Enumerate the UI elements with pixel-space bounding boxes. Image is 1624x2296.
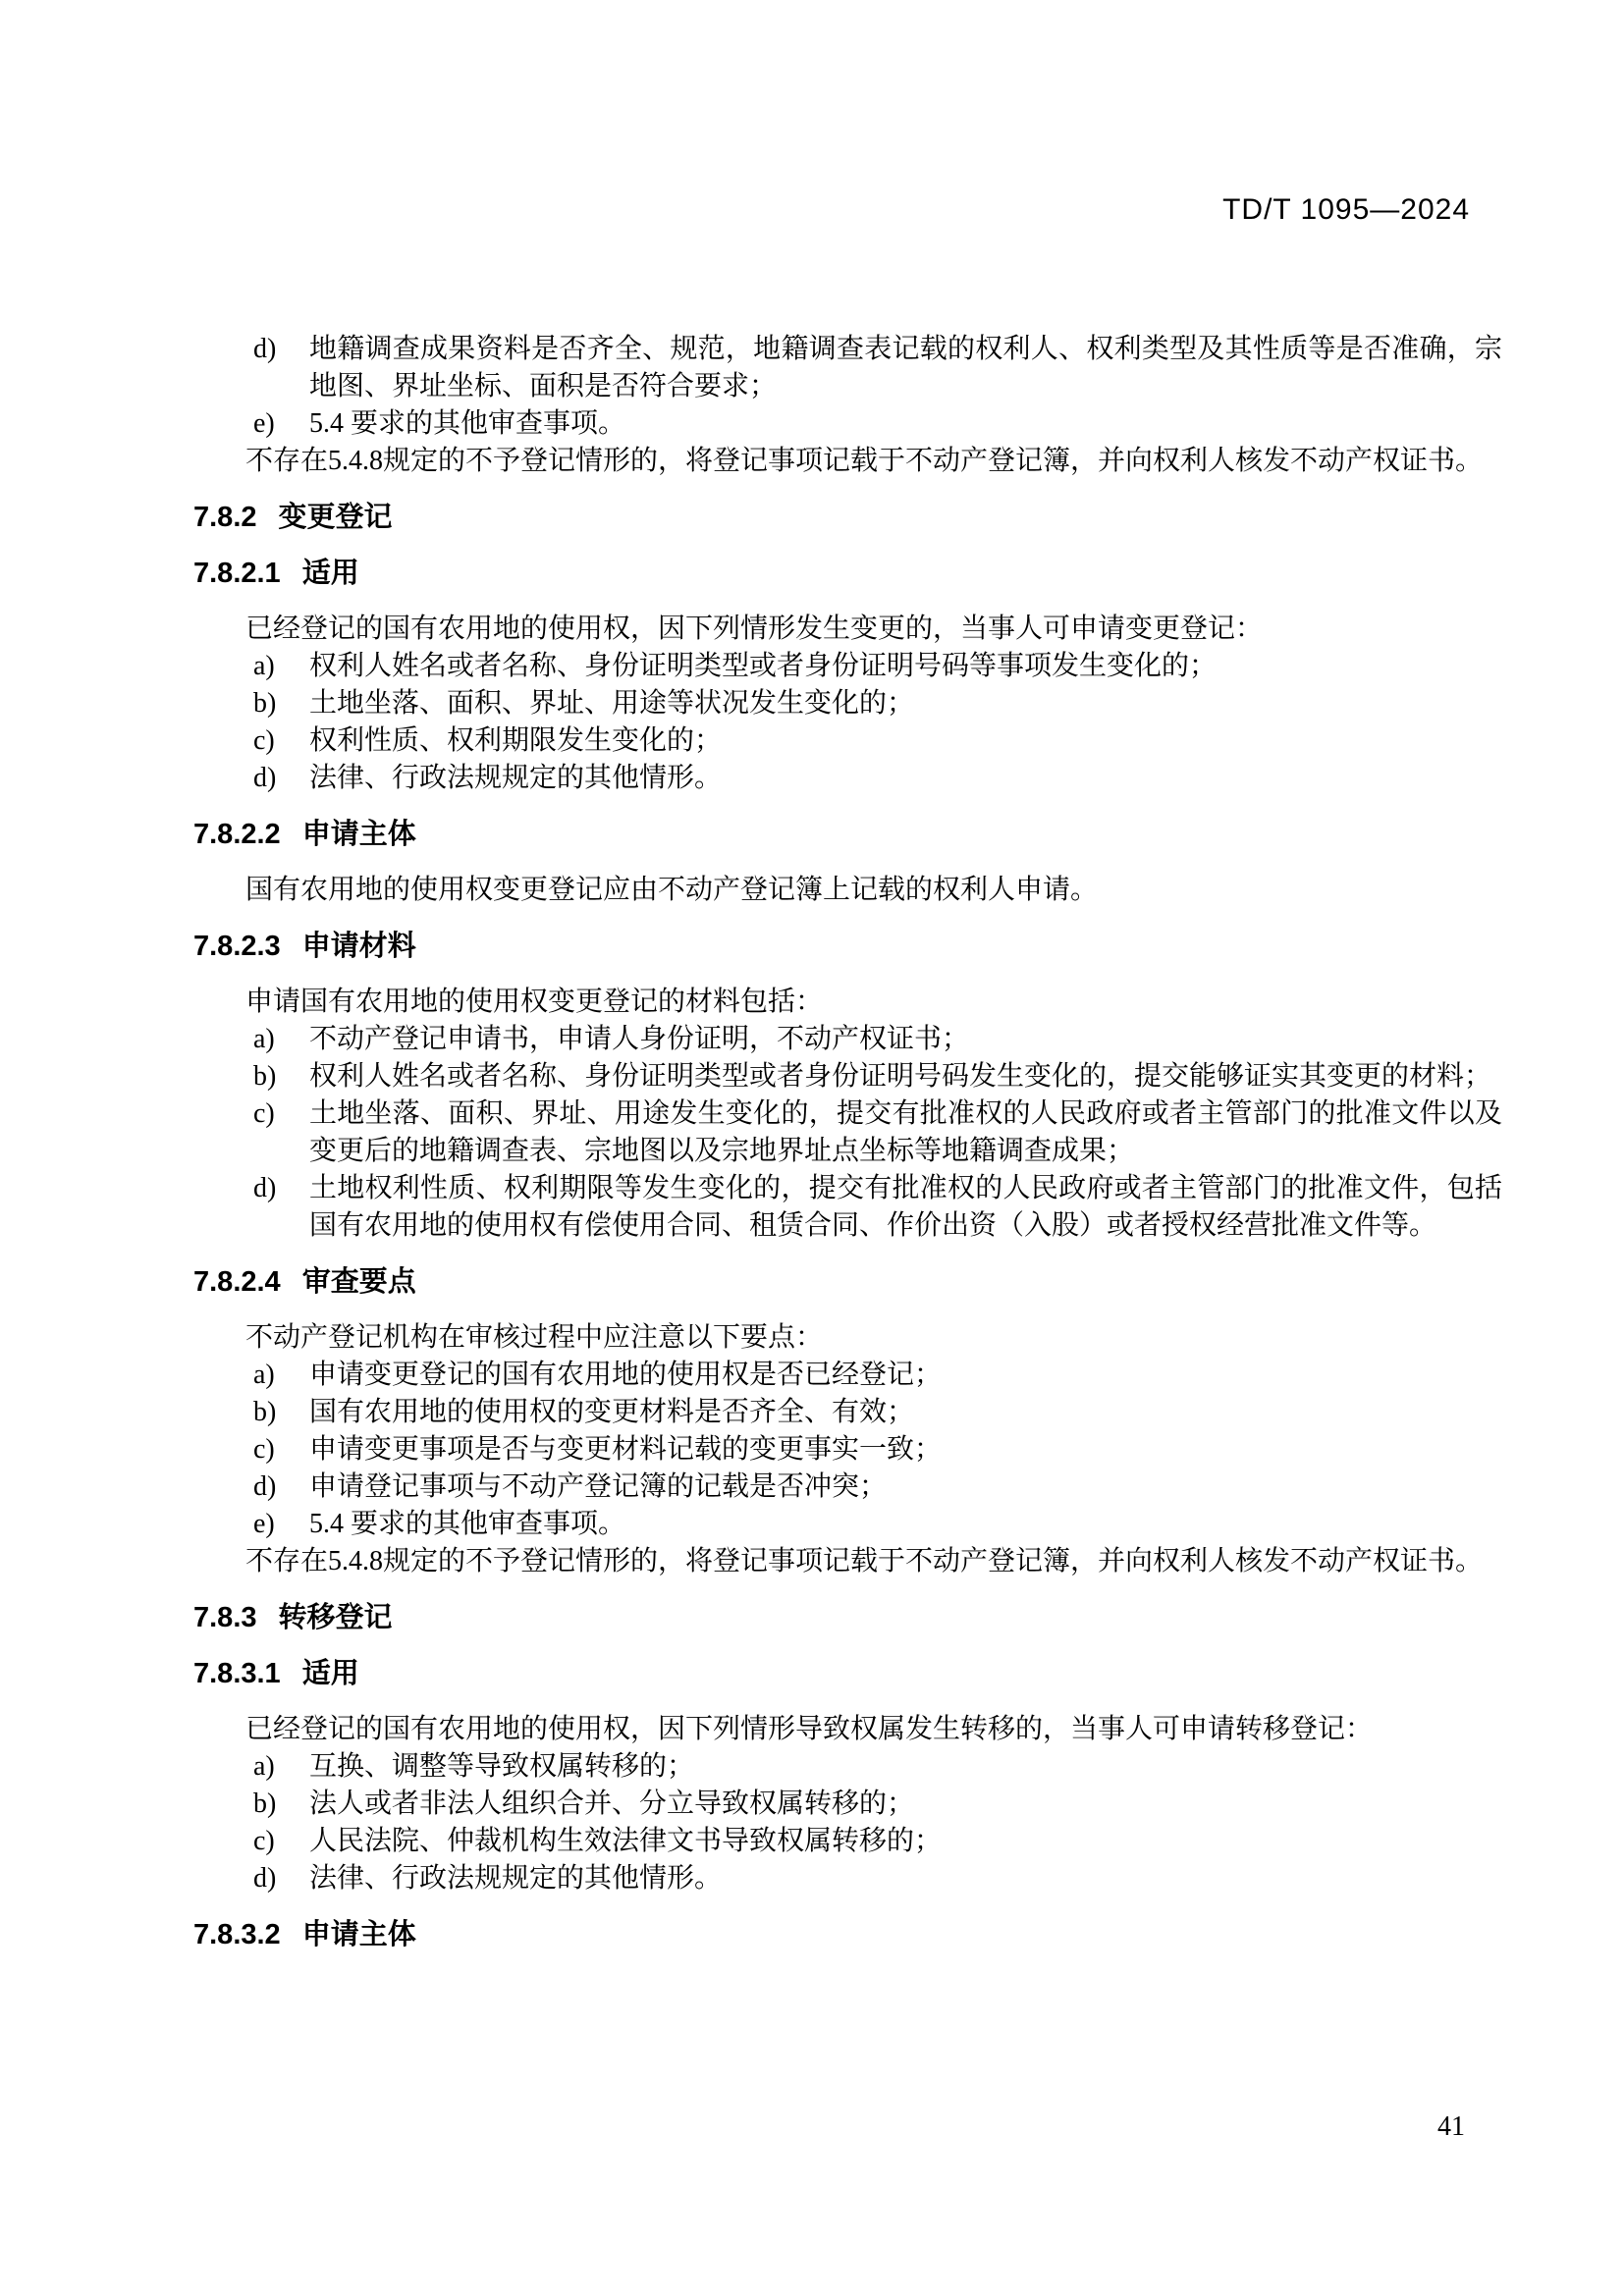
- list-item-text: 申请变更事项是否与变更材料记载的变更事实一致；: [309, 1434, 942, 1465]
- list-item-text: 土地权利性质、权利期限等发生变化的，提交有批准权的人民政府或者主管部门的批准文件…: [309, 1173, 1502, 1241]
- document-content: d)地籍调查成果资料是否齐全、规范，地籍调查表记载的权利人、权利类型及其性质等是…: [193, 331, 1502, 1972]
- list-item: c)申请变更事项是否与变更材料记载的变更事实一致；: [193, 1431, 1502, 1468]
- list-item: a)互换、调整等导致权属转移的；: [193, 1748, 1502, 1786]
- section-heading-7.8.3.2: 7.8.3.2申请主体: [193, 1916, 1502, 1953]
- heading-number: 7.8.3: [193, 1599, 257, 1636]
- standard-number-header: TD/T 1095—2024: [1222, 194, 1470, 226]
- heading-number: 7.8.2.1: [193, 555, 281, 592]
- list-item-text: 法律、行政法规规定的其他情形。: [309, 763, 722, 793]
- section-heading-7.8.2.1: 7.8.2.1适用: [193, 555, 1502, 592]
- list-item-marker: d): [253, 1468, 276, 1506]
- heading-number: 7.8.2.4: [193, 1263, 281, 1301]
- heading-title: 申请主体: [302, 1916, 416, 1953]
- list-item-marker: c): [253, 722, 275, 760]
- heading-number: 7.8.2: [193, 499, 257, 536]
- section-heading-7.8.2.4: 7.8.2.4审查要点: [193, 1263, 1502, 1301]
- list-item-marker: d): [253, 1170, 276, 1207]
- list-item-text: 权利人姓名或者名称、身份证明类型或者身份证明号码发生变化的，提交能够证实其变更的…: [309, 1061, 1491, 1092]
- list-item: d)法律、行政法规规定的其他情形。: [193, 1860, 1502, 1897]
- list-item-text: 5.4 要求的其他审查事项。: [309, 408, 625, 439]
- list-item: a)申请变更登记的国有农用地的使用权是否已经登记；: [193, 1357, 1502, 1394]
- list-item: e)5.4 要求的其他审查事项。: [193, 1506, 1502, 1543]
- list-item: b)法人或者非法人组织合并、分立导致权属转移的；: [193, 1786, 1502, 1823]
- heading-title: 审查要点: [302, 1263, 416, 1301]
- list-item-text: 土地坐落、面积、界址、用途等状况发生变化的；: [309, 688, 914, 719]
- list-item-marker: b): [253, 1394, 276, 1431]
- heading-number: 7.8.2.2: [193, 816, 281, 853]
- lettered-list: a)申请变更登记的国有农用地的使用权是否已经登记；b)国有农用地的使用权的变更材…: [193, 1357, 1502, 1543]
- list-item-text: 法律、行政法规规定的其他情形。: [309, 1863, 722, 1894]
- list-item-marker: e): [253, 405, 275, 443]
- list-item-marker: d): [253, 331, 276, 368]
- paragraph: 不动产登记机构在审核过程中应注意以下要点：: [193, 1319, 1502, 1357]
- paragraph: 不存在5.4.8规定的不予登记情形的，将登记事项记载于不动产登记簿，并向权利人核…: [193, 443, 1502, 480]
- list-item-marker: c): [253, 1431, 275, 1468]
- paragraph: 已经登记的国有农用地的使用权，因下列情形发生变更的，当事人可申请变更登记：: [193, 611, 1502, 648]
- heading-title: 变更登记: [279, 499, 393, 536]
- list-item: d)土地权利性质、权利期限等发生变化的，提交有批准权的人民政府或者主管部门的批准…: [193, 1170, 1502, 1245]
- list-item: c)人民法院、仲裁机构生效法律文书导致权属转移的；: [193, 1823, 1502, 1860]
- list-item-text: 不动产登记申请书，申请人身份证明，不动产权证书；: [309, 1024, 969, 1054]
- list-item: d)申请登记事项与不动产登记簿的记载是否冲突；: [193, 1468, 1502, 1506]
- list-item-text: 申请登记事项与不动产登记簿的记载是否冲突；: [309, 1471, 887, 1502]
- list-item-text: 国有农用地的使用权的变更材料是否齐全、有效；: [309, 1397, 914, 1427]
- list-item: d)地籍调查成果资料是否齐全、规范，地籍调查表记载的权利人、权利类型及其性质等是…: [193, 331, 1502, 405]
- heading-title: 转移登记: [279, 1599, 393, 1636]
- list-item-marker: a): [253, 1748, 275, 1786]
- section-heading-7.8.2.3: 7.8.2.3申请材料: [193, 928, 1502, 965]
- section-heading-7.8.2: 7.8.2变更登记: [193, 499, 1502, 536]
- heading-title: 申请主体: [302, 816, 416, 853]
- list-item-marker: b): [253, 1058, 276, 1095]
- paragraph: 国有农用地的使用权变更登记应由不动产登记簿上记载的权利人申请。: [193, 872, 1502, 909]
- list-item: c)权利性质、权利期限发生变化的；: [193, 722, 1502, 760]
- list-item-marker: a): [253, 1021, 275, 1058]
- list-item-text: 权利人姓名或者名称、身份证明类型或者身份证明号码等事项发生变化的；: [309, 651, 1217, 681]
- heading-title: 适用: [302, 555, 359, 592]
- list-item-marker: b): [253, 685, 276, 722]
- paragraph: 已经登记的国有农用地的使用权，因下列情形导致权属发生转移的，当事人可申请转移登记…: [193, 1711, 1502, 1748]
- list-item-text: 申请变更登记的国有农用地的使用权是否已经登记；: [309, 1360, 942, 1390]
- lettered-list: a)权利人姓名或者名称、身份证明类型或者身份证明号码等事项发生变化的；b)土地坐…: [193, 648, 1502, 797]
- list-item-marker: d): [253, 760, 276, 797]
- list-item-marker: e): [253, 1506, 275, 1543]
- list-item: b)权利人姓名或者名称、身份证明类型或者身份证明号码发生变化的，提交能够证实其变…: [193, 1058, 1502, 1095]
- list-item: a)权利人姓名或者名称、身份证明类型或者身份证明号码等事项发生变化的；: [193, 648, 1502, 685]
- section-heading-7.8.3.1: 7.8.3.1适用: [193, 1655, 1502, 1692]
- list-item: e)5.4 要求的其他审查事项。: [193, 405, 1502, 443]
- list-item-text: 地籍调查成果资料是否齐全、规范，地籍调查表记载的权利人、权利类型及其性质等是否准…: [309, 334, 1502, 401]
- list-item: d)法律、行政法规规定的其他情形。: [193, 760, 1502, 797]
- lettered-list: a)不动产登记申请书，申请人身份证明，不动产权证书；b)权利人姓名或者名称、身份…: [193, 1021, 1502, 1245]
- page-number: 41: [1437, 2109, 1465, 2146]
- list-item: b)土地坐落、面积、界址、用途等状况发生变化的；: [193, 685, 1502, 722]
- section-heading-7.8.3: 7.8.3转移登记: [193, 1599, 1502, 1636]
- list-item-text: 5.4 要求的其他审查事项。: [309, 1509, 625, 1539]
- section-heading-7.8.2.2: 7.8.2.2申请主体: [193, 816, 1502, 853]
- heading-number: 7.8.2.3: [193, 928, 281, 965]
- paragraph: 不存在5.4.8规定的不予登记情形的，将登记事项记载于不动产登记簿，并向权利人核…: [193, 1543, 1502, 1580]
- list-item-marker: a): [253, 648, 275, 685]
- list-item: b)国有农用地的使用权的变更材料是否齐全、有效；: [193, 1394, 1502, 1431]
- heading-title: 适用: [302, 1655, 359, 1692]
- heading-number: 7.8.3.1: [193, 1655, 281, 1692]
- heading-title: 申请材料: [302, 928, 416, 965]
- list-item-text: 土地坐落、面积、界址、用途发生变化的，提交有批准权的人民政府或者主管部门的批准文…: [309, 1098, 1502, 1166]
- heading-number: 7.8.3.2: [193, 1916, 281, 1953]
- list-item-marker: c): [253, 1823, 275, 1860]
- lettered-list: d)地籍调查成果资料是否齐全、规范，地籍调查表记载的权利人、权利类型及其性质等是…: [193, 331, 1502, 443]
- list-item-text: 法人或者非法人组织合并、分立导致权属转移的；: [309, 1789, 914, 1819]
- list-item-marker: b): [253, 1786, 276, 1823]
- list-item-marker: d): [253, 1860, 276, 1897]
- list-item-marker: a): [253, 1357, 275, 1394]
- list-item-marker: c): [253, 1095, 275, 1133]
- list-item: a)不动产登记申请书，申请人身份证明，不动产权证书；: [193, 1021, 1502, 1058]
- paragraph: 申请国有农用地的使用权变更登记的材料包括：: [193, 984, 1502, 1021]
- lettered-list: a)互换、调整等导致权属转移的；b)法人或者非法人组织合并、分立导致权属转移的；…: [193, 1748, 1502, 1897]
- list-item: c)土地坐落、面积、界址、用途发生变化的，提交有批准权的人民政府或者主管部门的批…: [193, 1095, 1502, 1170]
- list-item-text: 互换、调整等导致权属转移的；: [309, 1751, 694, 1782]
- list-item-text: 权利性质、权利期限发生变化的；: [309, 725, 722, 756]
- list-item-text: 人民法院、仲裁机构生效法律文书导致权属转移的；: [309, 1826, 942, 1856]
